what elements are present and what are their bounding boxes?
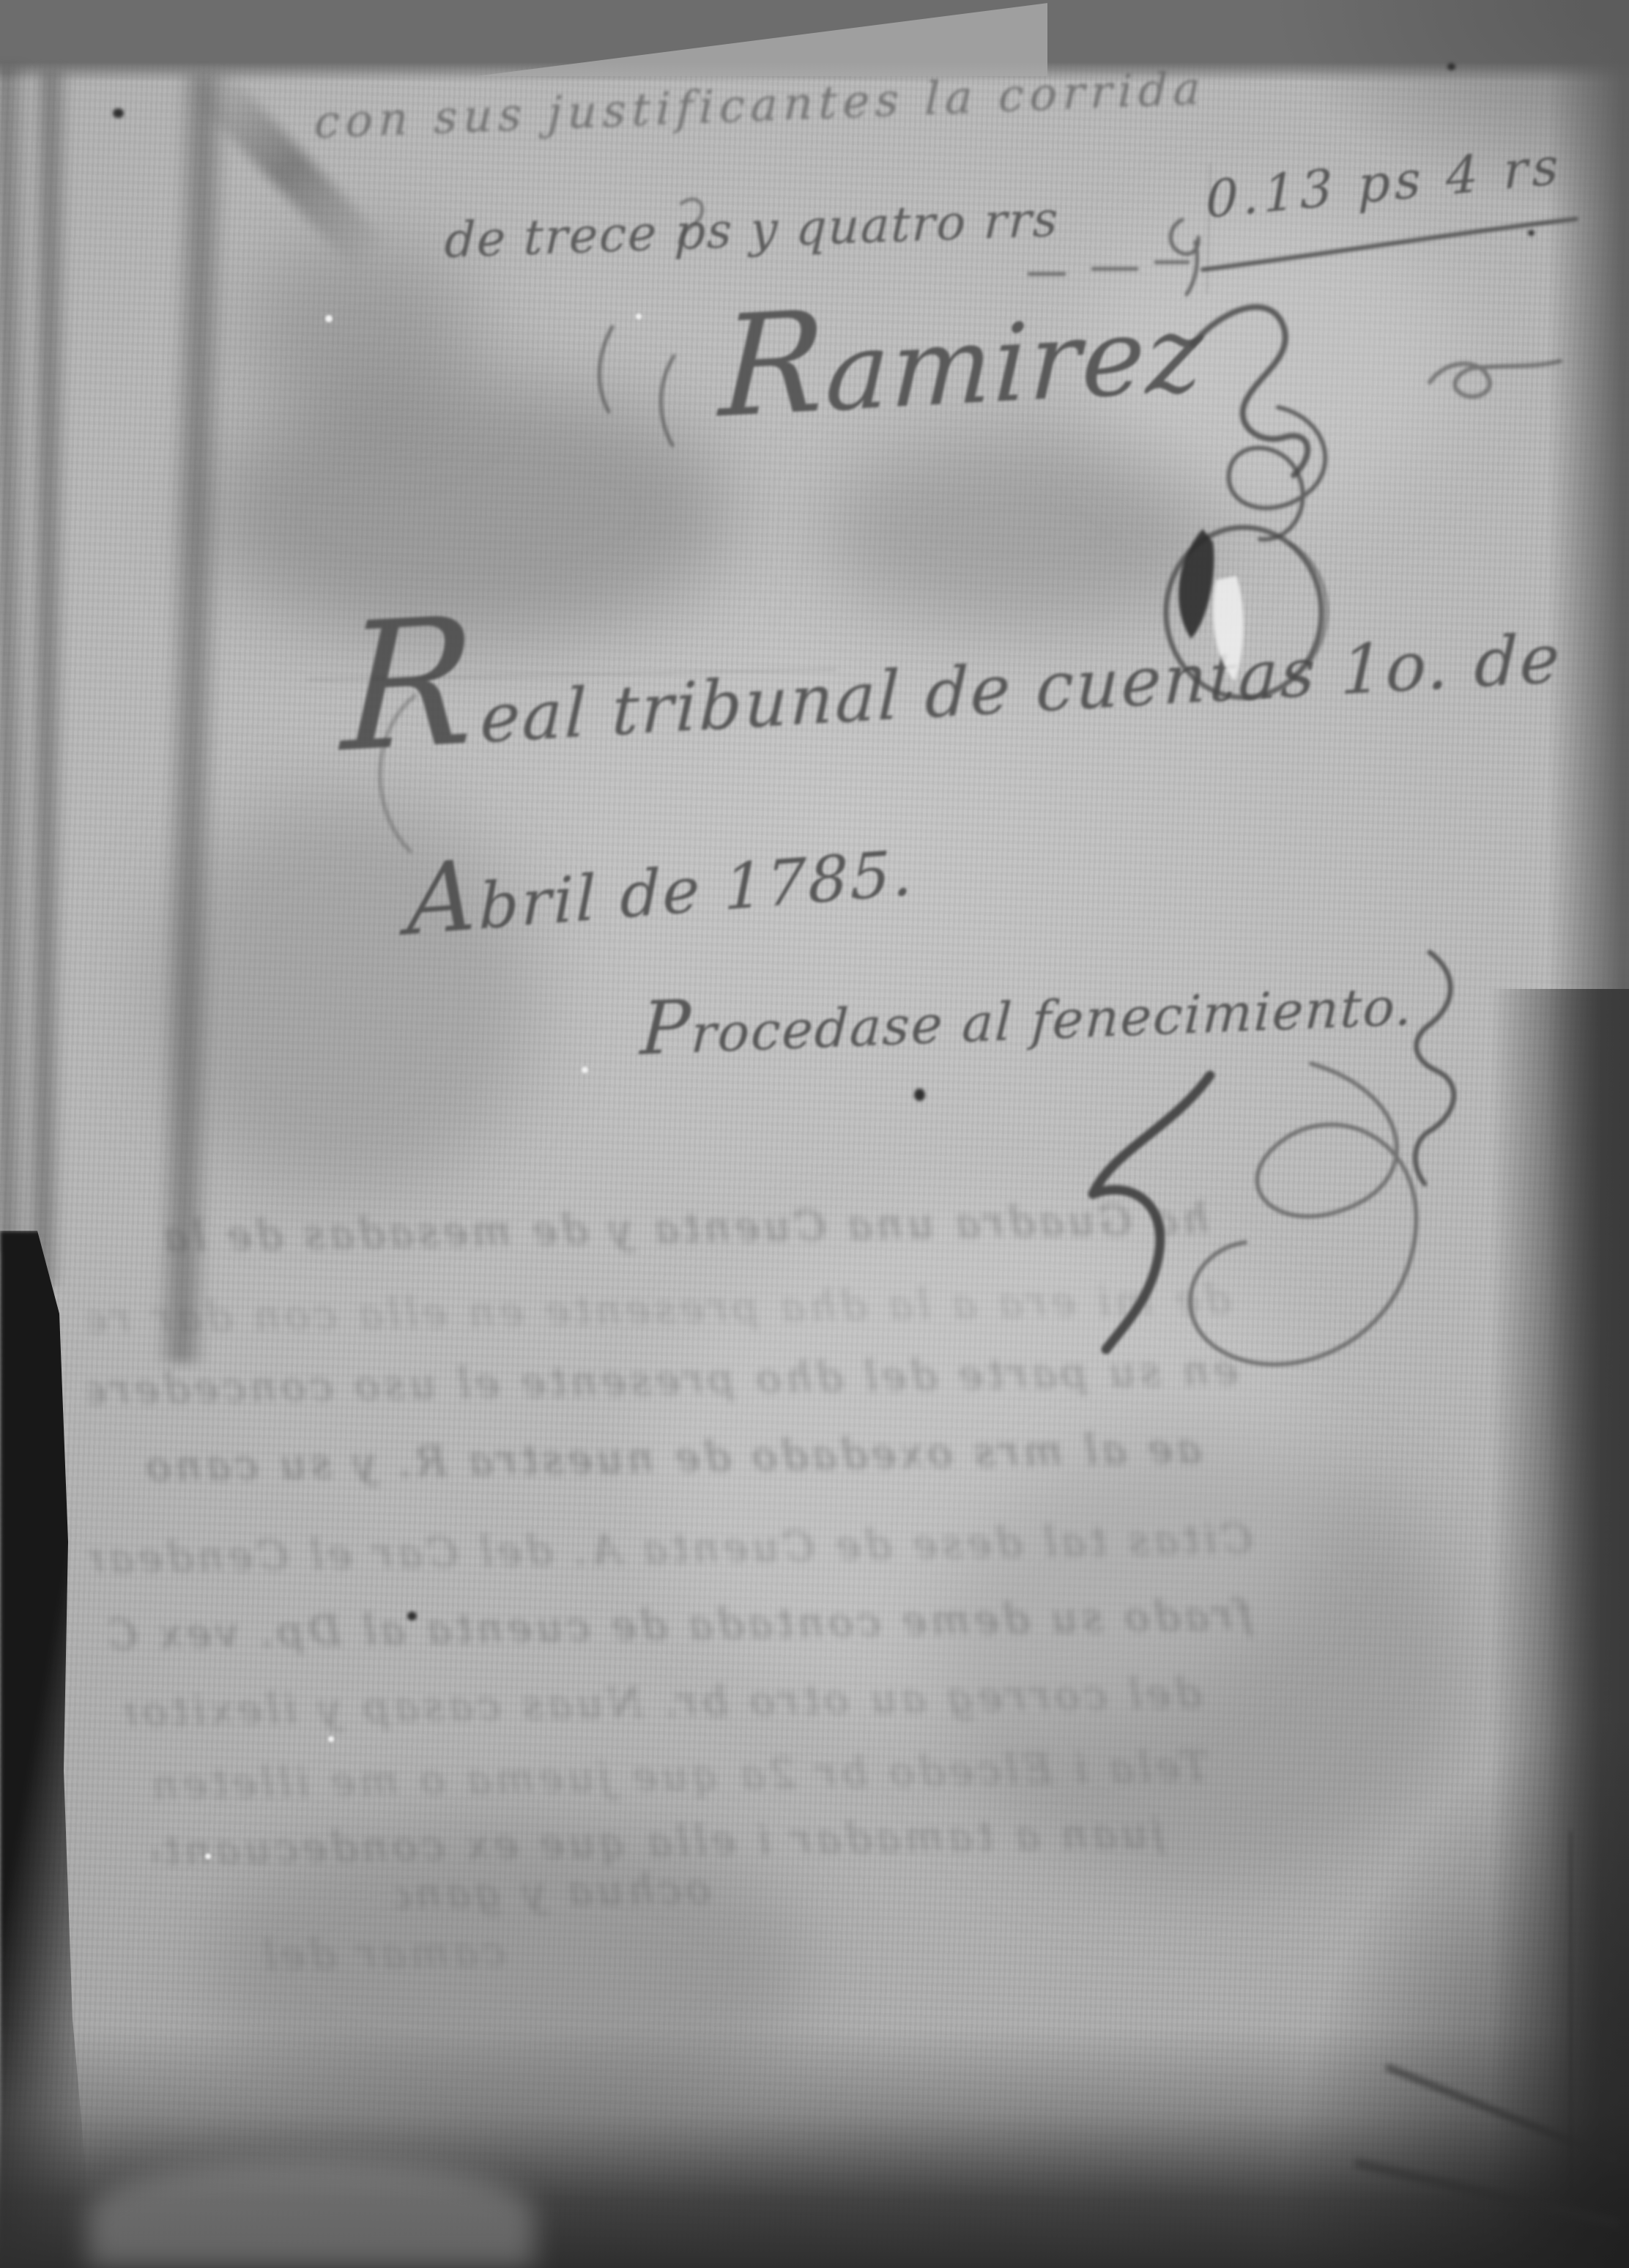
p-mark-stroke <box>1170 220 1198 294</box>
worm-hole-highlight <box>1213 576 1243 681</box>
ink-speck <box>914 1089 925 1101</box>
order-brace-rubric <box>1415 952 1454 1184</box>
margin-loop-flourish <box>1430 361 1560 396</box>
paren-stroke-1 <box>599 327 612 412</box>
dash-strokes <box>1029 262 1188 274</box>
fold-line-horizontal <box>308 670 835 680</box>
dust-speck <box>205 1853 211 1859</box>
worm-hole-dark-crescent <box>1179 529 1214 639</box>
dust-speck <box>328 1736 334 1742</box>
paren-stroke-2 <box>661 356 675 445</box>
ink-speck <box>1447 63 1455 70</box>
r-underswash <box>380 696 415 851</box>
dust-speck <box>582 1067 588 1073</box>
ink-speck <box>407 1612 417 1620</box>
bottom-left-highlight <box>88 2158 535 2268</box>
large-loop-flourish <box>1190 1064 1416 1364</box>
fold-line-vertical <box>1207 165 1210 293</box>
ps-superscript-stroke <box>680 199 702 243</box>
dust-speck <box>636 314 642 319</box>
ink-speck <box>1528 230 1535 236</box>
figure-eight-flourish <box>1229 407 1326 539</box>
manuscript-photo: ha Guadra una Cuenta y de mesadas de la … <box>0 0 1629 2268</box>
ink-speck <box>113 108 124 118</box>
dust-speck <box>325 315 333 322</box>
